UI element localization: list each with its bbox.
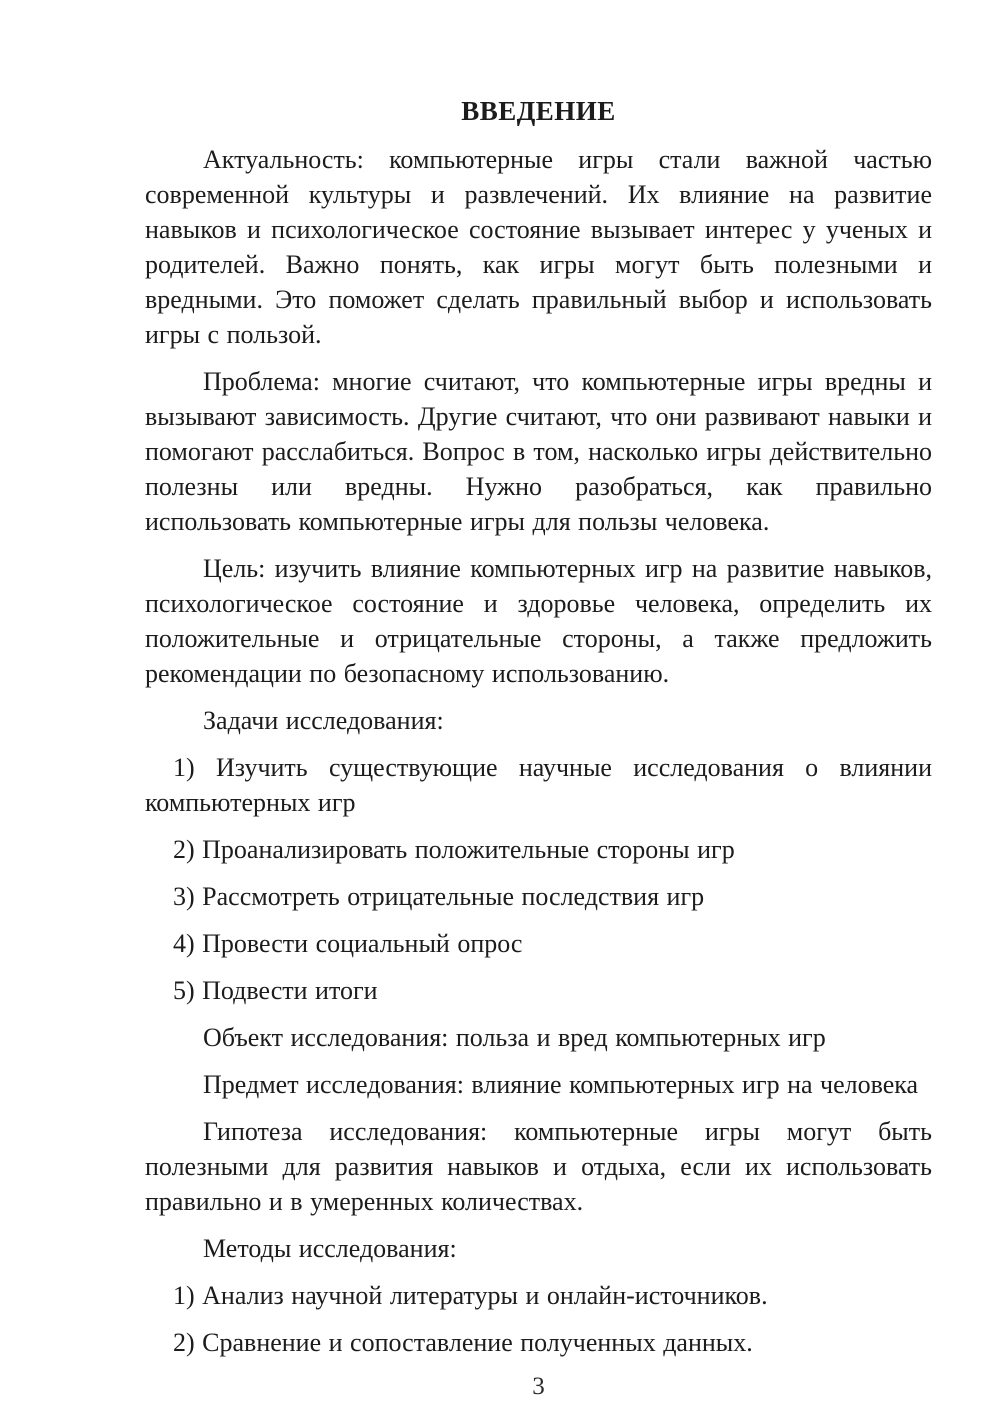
document-page: ВВЕДЕНИЕ Актуальность: компьютерные игры… bbox=[0, 0, 1000, 1414]
page-number: 3 bbox=[145, 1372, 932, 1402]
paragraph-problem: Проблема: многие считают, что компьютерн… bbox=[145, 364, 932, 539]
task-item-3: 3) Рассмотреть отрицательные последствия… bbox=[145, 879, 932, 914]
task-item-5: 5) Подвести итоги bbox=[145, 973, 932, 1008]
paragraph-hypothesis: Гипотеза исследования: компьютерные игры… bbox=[145, 1114, 932, 1219]
paragraph-goal: Цель: изучить влияние компьютерных игр н… bbox=[145, 551, 932, 691]
task-item-2: 2) Проанализировать положительные сторон… bbox=[145, 832, 932, 867]
section-label-methods: Методы исследования: bbox=[145, 1231, 932, 1266]
task-item-1: 1) Изучить существующие научные исследов… bbox=[145, 750, 932, 820]
paragraph-subject: Предмет исследования: влияние компьютерн… bbox=[145, 1067, 932, 1102]
method-item-2: 2) Сравнение и сопоставление полученных … bbox=[145, 1325, 932, 1360]
paragraph-relevance: Актуальность: компьютерные игры стали ва… bbox=[145, 142, 932, 352]
paragraph-object: Объект исследования: польза и вред компь… bbox=[145, 1020, 932, 1055]
section-label-tasks: Задачи исследования: bbox=[145, 703, 932, 738]
document-body: ВВЕДЕНИЕ Актуальность: компьютерные игры… bbox=[145, 94, 932, 1402]
page-title: ВВЕДЕНИЕ bbox=[145, 94, 932, 129]
method-item-1: 1) Анализ научной литературы и онлайн-ис… bbox=[145, 1278, 932, 1313]
task-item-4: 4) Провести социальный опрос bbox=[145, 926, 932, 961]
